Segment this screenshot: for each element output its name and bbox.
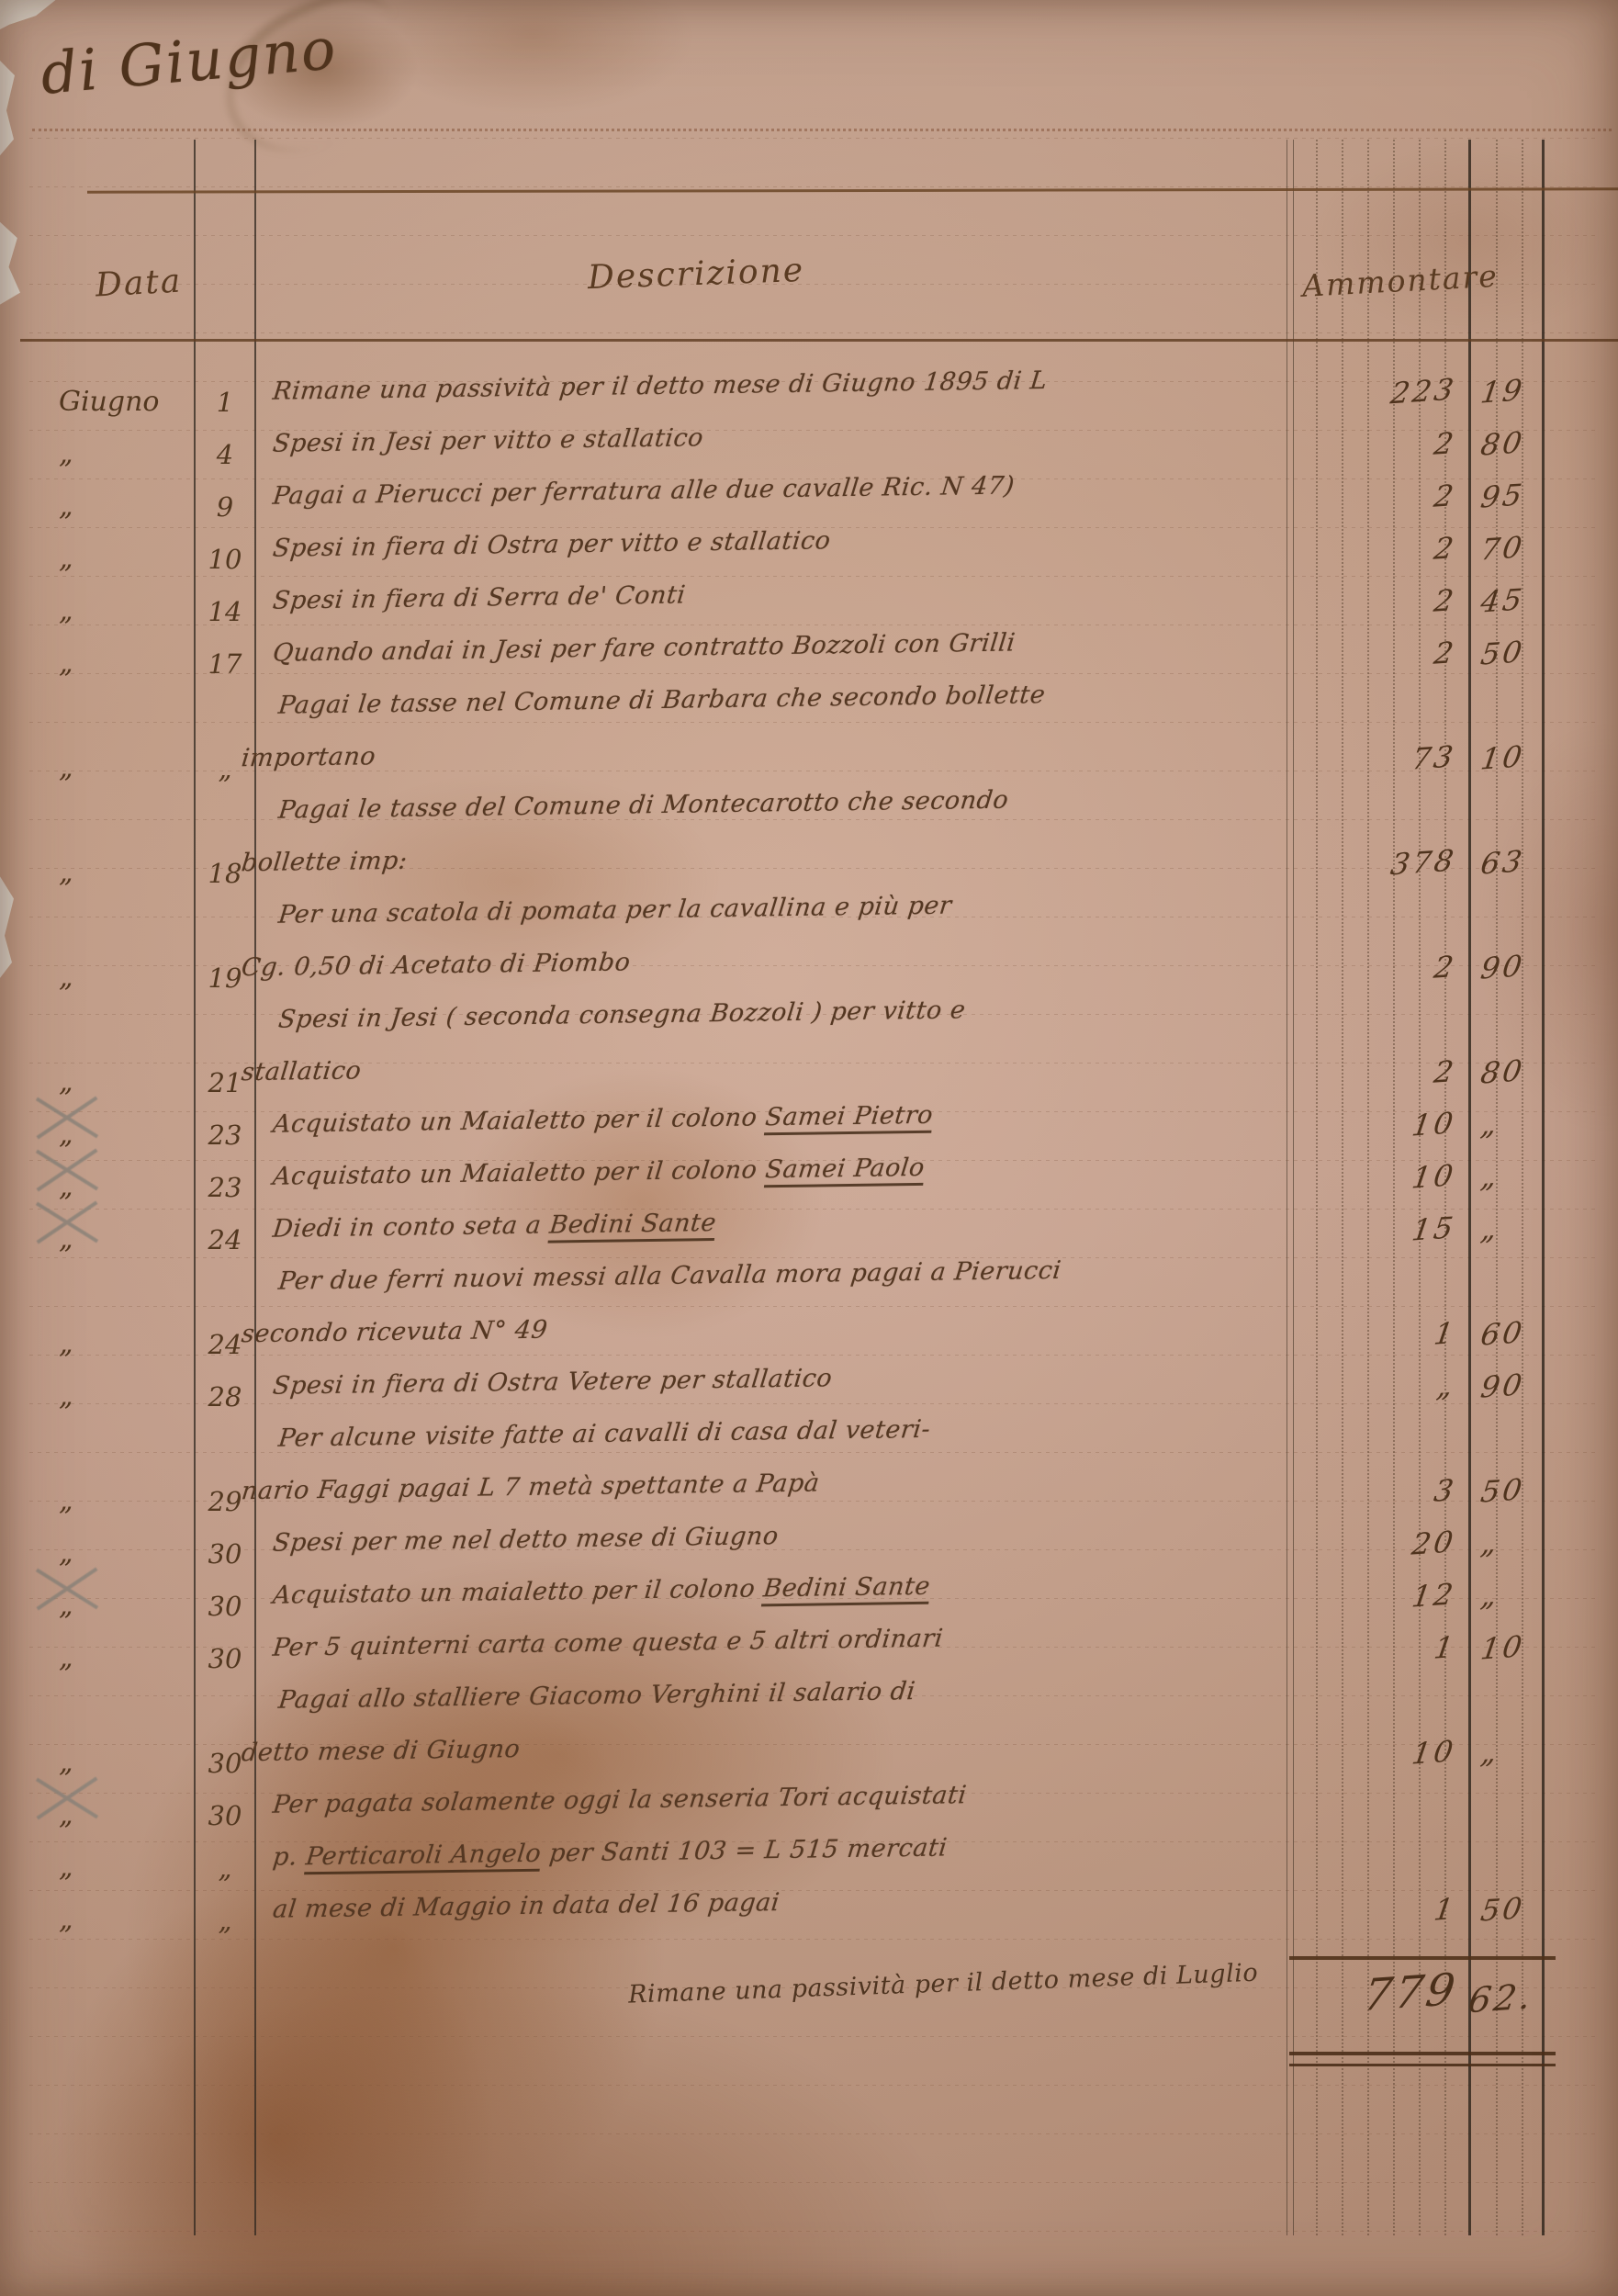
entry-amount-cent: 90 [1470, 1360, 1544, 1412]
total-label: Rimane una passività per il detto mese d… [0, 1934, 1290, 2032]
ledger-row: „ 30 Pagai allo stalliere Giacomo Verghi… [0, 1674, 1618, 1779]
entry-month: „ [59, 595, 73, 627]
torn-edge-chip [0, 57, 15, 160]
entry-month: „ [59, 857, 73, 889]
entry-amount-cent: 50 [1470, 1465, 1544, 1517]
pencil-x-mark [31, 1565, 96, 1613]
entry-month-cell: „ [0, 752, 195, 784]
entry-amount-lire: 2 [1290, 627, 1470, 680]
entry-month-cell: „ [0, 1380, 195, 1412]
entry-month-cell: „ [0, 543, 195, 575]
ledger-row: „ „ Pagai le tasse nel Comune di Barbara… [0, 680, 1618, 784]
entry-month-cell: „ [0, 595, 195, 627]
entry-amount-cent: 10 [1470, 732, 1544, 784]
entry-month-cell: „ [0, 1747, 195, 1779]
entry-month-cell: „ [0, 490, 195, 523]
page-title: di Giugno [38, 15, 340, 107]
header-bottom-rule [20, 339, 1618, 342]
entry-month-cell: „ [0, 1904, 195, 1936]
entry-amount-lire: 2 [1290, 523, 1470, 575]
entry-description: Per una scatola di pomata per la cavalli… [255, 874, 1303, 994]
entry-amount-lire: 12 [1290, 1570, 1470, 1622]
entry-day: 1 [195, 387, 255, 418]
entry-month: „ [59, 490, 73, 523]
entry-month-cell: „ [0, 857, 195, 889]
entry-month-cell: „ [0, 1328, 195, 1360]
entry-day: „ [195, 1852, 255, 1884]
entry-month: „ [59, 1851, 73, 1884]
title-underline [32, 129, 1612, 131]
entry-month: „ [59, 438, 73, 470]
pencil-x-mark [31, 1094, 96, 1142]
ledger-row: „ 24 Per due ferri nuovi messi alla Cava… [0, 1255, 1618, 1360]
entry-day: 4 [195, 439, 255, 470]
entry-amount-cent [1470, 1779, 1544, 1831]
total-double-rule [1289, 2052, 1556, 2066]
entry-month-cell: „ [0, 962, 195, 994]
entry-description: Pagai allo stalliere Giacomo Verghini il… [255, 1660, 1303, 1779]
ledger-row: „ 18 Pagai le tasse del Comune di Montec… [0, 784, 1618, 889]
entry-month: „ [59, 1904, 73, 1936]
entry-amount-cent: „ [1470, 1517, 1544, 1570]
entry-amount-cent: 95 [1470, 470, 1544, 523]
entry-day: 14 [195, 596, 255, 627]
entry-month-cell: „ [0, 1642, 195, 1674]
entry-amount-lire: 378 [1290, 837, 1470, 889]
column-header-description: Descrizione [502, 249, 889, 300]
entry-month-cell: „ [0, 1485, 195, 1517]
entry-amount-lire: 1 [1290, 1884, 1470, 1936]
entry-amount-cent: 80 [1470, 418, 1544, 470]
entry-amount-cent: 63 [1470, 837, 1544, 889]
column-header-date: Data [95, 263, 183, 305]
entry-amount-lire [1290, 1779, 1470, 1831]
entry-day: 30 [195, 1591, 255, 1622]
entry-amount-cent: 45 [1470, 575, 1544, 627]
entry-month: „ [59, 1380, 73, 1412]
entry-amount-cent: 19 [1470, 366, 1544, 418]
entry-amount-lire: 1 [1290, 1622, 1470, 1674]
entry-day: 10 [195, 544, 255, 575]
entry-amount-lire: 20 [1290, 1517, 1470, 1570]
torn-edge-chip [0, 219, 20, 307]
entry-month-cell: „ [0, 1119, 195, 1151]
entry-day: 24 [195, 1224, 255, 1255]
torn-edge-corner [0, 0, 62, 33]
entry-month: „ [59, 752, 73, 784]
entry-amount-lire: 10 [1290, 1151, 1470, 1203]
entry-day: 23 [195, 1120, 255, 1151]
entry-month-cell: „ [0, 647, 195, 680]
entry-amount-cent: „ [1470, 1570, 1544, 1622]
entry-day: 30 [195, 1800, 255, 1831]
entry-month: „ [59, 1642, 73, 1674]
header-top-rule [87, 187, 1618, 193]
entry-amount-lire: 2 [1290, 470, 1470, 523]
entry-amount-cent: „ [1470, 1151, 1544, 1203]
entry-amount-cent: 50 [1470, 1884, 1544, 1936]
entry-amount-cent: „ [1470, 1203, 1544, 1255]
entry-amount-cent: „ [1470, 1098, 1544, 1151]
total-amount-box: 779 62. [1289, 1956, 1556, 2066]
entry-day: 30 [195, 1643, 255, 1674]
entry-month-cell: „ [0, 1171, 195, 1203]
entry-month-cell: Giugno [0, 386, 195, 418]
pencil-x-mark [31, 1199, 96, 1246]
entry-day: 30 [195, 1538, 255, 1570]
ledger-row: „ 29 Per alcune visite fatte ai cavalli … [0, 1412, 1618, 1517]
pencil-x-mark [31, 1146, 96, 1194]
entry-amount-cent: 70 [1470, 523, 1544, 575]
entry-amount-cent: 80 [1470, 1046, 1544, 1098]
entry-amount-lire: 2 [1290, 575, 1470, 627]
entry-month: „ [59, 647, 73, 680]
ledger-row: „ 21 Spesi in Jesi ( seconda consegna Bo… [0, 994, 1618, 1098]
pencil-x-mark [31, 1774, 96, 1822]
ledger-page: di Giugno Data Descrizione Ammontare Giu… [0, 0, 1618, 2296]
entry-description: Pagai le tasse del Comune di Montecarott… [255, 770, 1303, 889]
total-cent: 62. [1466, 1975, 1558, 2020]
entry-amount-lire: 2 [1290, 1046, 1470, 1098]
entry-amount-cent [1470, 1831, 1544, 1884]
entry-description: Per alcune visite fatte ai cavalli di ca… [255, 1398, 1303, 1517]
entry-month-cell: „ [0, 1537, 195, 1570]
entry-description: Per due ferri nuovi messi alla Cavalla m… [255, 1241, 1303, 1360]
entry-month: „ [59, 1328, 73, 1360]
entry-amount-cent: 50 [1470, 627, 1544, 680]
ledger-entries: Giugno 1 Rimane una passività per il det… [0, 366, 1618, 2066]
entry-month-cell: „ [0, 1590, 195, 1622]
entry-amount-lire: 223 [1290, 366, 1470, 418]
entry-month-cell: „ [0, 1851, 195, 1884]
entry-amount-cent: 60 [1470, 1308, 1544, 1360]
entry-amount-cent: 90 [1470, 941, 1544, 994]
entry-month-cell: „ [0, 438, 195, 470]
entry-description: Spesi in Jesi ( seconda consegna Bozzoli… [255, 979, 1303, 1098]
total-row: Rimane una passività per il detto mese d… [0, 1956, 1618, 2066]
entry-amount-lire: 10 [1290, 1727, 1470, 1779]
entry-month-cell: „ [0, 1223, 195, 1255]
entry-description: Pagai le tasse nel Comune di Barbara che… [255, 665, 1303, 784]
entry-month-cell: „ [0, 1799, 195, 1831]
entry-amount-cent: „ [1470, 1727, 1544, 1779]
entry-amount-lire: 2 [1290, 418, 1470, 470]
entry-day: 9 [195, 491, 255, 523]
entry-day: 23 [195, 1172, 255, 1203]
entry-day: „ [195, 1905, 255, 1936]
entry-month: „ [59, 543, 73, 575]
entry-amount-cent: 10 [1470, 1622, 1544, 1674]
entry-amount-lire: 2 [1290, 941, 1470, 994]
ledger-row: „ 19 Per una scatola di pomata per la ca… [0, 889, 1618, 994]
entry-amount-lire: 1 [1290, 1308, 1470, 1360]
total-lire: 779 [1285, 1963, 1474, 2027]
ledger-row: „ „ al mese di Maggio in data del 16 pag… [0, 1884, 1618, 1936]
entry-amount-lire: „ [1290, 1360, 1470, 1412]
entry-month: „ [59, 962, 73, 994]
entry-day: 28 [195, 1381, 255, 1412]
entry-amount-lire: 15 [1290, 1203, 1470, 1255]
entry-amount-lire [1290, 1831, 1470, 1884]
entry-amount-lire: 73 [1290, 732, 1470, 784]
entry-month: „ [59, 1485, 73, 1517]
entry-month: Giugno [59, 386, 159, 418]
entry-day: 17 [195, 648, 255, 680]
entry-month-cell: „ [0, 1066, 195, 1098]
entry-amount-lire: 10 [1290, 1098, 1470, 1151]
entry-amount-lire: 3 [1290, 1465, 1470, 1517]
